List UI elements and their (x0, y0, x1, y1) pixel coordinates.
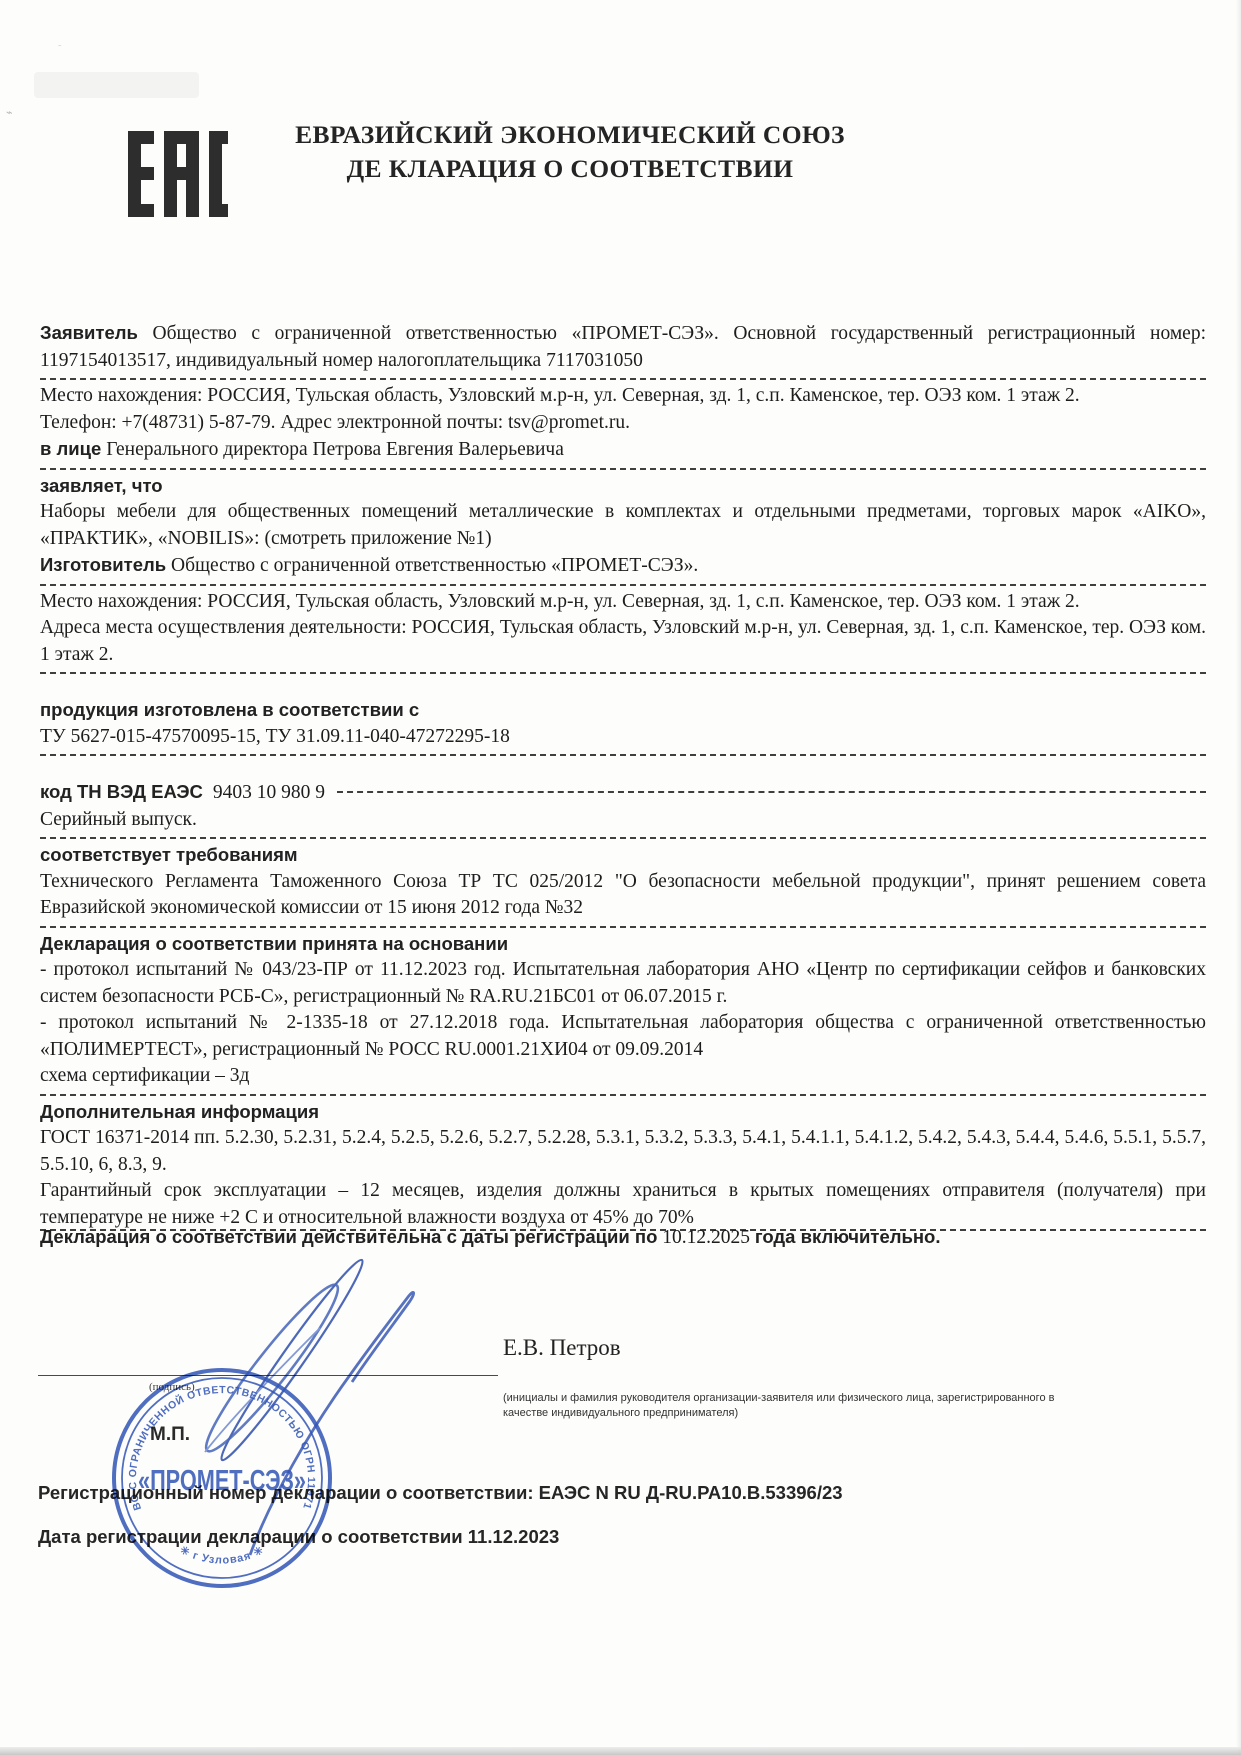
scan-edge-bottom (0, 1747, 1241, 1755)
document-title: ЕВРАЗИЙСКИЙ ЭКОНОМИЧЕСКИЙ СОЮЗ ДЕ КЛАРАЦ… (215, 118, 925, 186)
head-name: Е.В. Петров (503, 1335, 621, 1361)
eac-logo (128, 131, 228, 217)
tnved-code: 9403 10 980 9 (213, 780, 325, 807)
production-text: ТУ 5627-015-47570095-15, ТУ 31.09.11-040… (40, 724, 1206, 751)
manufacturer-paragraph: Изготовитель Общество с ограниченной отв… (40, 552, 1206, 580)
validity-line: Декларация о соответствии действительна … (40, 1226, 1206, 1249)
validity-label-after: года включительно. (755, 1226, 941, 1247)
tnved-label: код ТН ВЭД ЕАЭС (40, 779, 203, 806)
declares-label: заявляет, что (40, 473, 1206, 500)
declaration-document-page: ⌁ ˷ ЕВРАЗИЙСКИЙ ЭКОНОМИЧЕСКИЙ СОЮЗ ДЕ КЛ… (0, 0, 1241, 1755)
basis-protocol-2: - протокол испытаний № 2-1335-18 от 27.1… (40, 1010, 1206, 1063)
validity-label-before: Декларация о соответствии действительна … (40, 1226, 657, 1247)
person-label: в лице (40, 438, 101, 459)
basis-label: Декларация о соответствии принята на осн… (40, 931, 1206, 958)
document-body: Заявитель Общество с ограниченной ответс… (40, 320, 1206, 1234)
validity-date: 10.12.2025 (662, 1227, 750, 1248)
scan-smudge (34, 72, 199, 98)
manufacturer-label: Изготовитель (40, 554, 166, 575)
applicant-phone: Телефон: +7(48731) 5-87-79. Адрес электр… (40, 410, 1206, 437)
handwritten-signature (195, 1254, 414, 1555)
scan-edge-right (1236, 0, 1241, 1755)
title-line-1: ЕВРАЗИЙСКИЙ ЭКОНОМИЧЕСКИЙ СОЮЗ (215, 118, 925, 152)
certification-scheme: схема сертификации – 3д (40, 1063, 1206, 1090)
dashed-separator (40, 752, 1206, 756)
warranty-text: Гарантийный срок эксплуатации – 12 месяц… (40, 1178, 1206, 1231)
scan-speck: ˷ (58, 36, 78, 50)
dashed-separator (40, 835, 1206, 839)
dashed-separator (40, 670, 1206, 674)
dashed-separator (40, 376, 1206, 380)
production-label: продукция изготовлена в соответствии с (40, 697, 1206, 724)
registration-date-value: 11.12.2023 (468, 1526, 560, 1547)
scan-speck: ⌁ (6, 108, 20, 134)
signature-line (38, 1375, 498, 1376)
basis-protocol-1: - протокол испытаний № 043/23-ПР от 11.1… (40, 957, 1206, 1010)
registration-number-line: Регистрационный номер декларации о соотв… (38, 1482, 1198, 1504)
dashed-separator (337, 791, 1206, 793)
dashed-separator (40, 466, 1206, 470)
manufacturer-location: Место нахождения: РОССИЯ, Тульская облас… (40, 589, 1206, 616)
serial-release: Серийный выпуск. (40, 807, 1206, 834)
title-line-2: ДЕ КЛАРАЦИЯ О СООТВЕТСТВИИ (215, 152, 925, 186)
applicant-location: Место нахождения: РОССИЯ, Тульская облас… (40, 383, 1206, 410)
product-description: Наборы мебели для общественных помещений… (40, 499, 1206, 552)
compliance-label: соответствует требованиям (40, 842, 1206, 869)
gost-references: ГОСТ 16371-2014 пп. 5.2.30, 5.2.31, 5.2.… (40, 1125, 1206, 1178)
manufacturer-activity-address: Адреса места осуществления деятельности:… (40, 615, 1206, 668)
tnved-row: код ТН ВЭД ЕАЭС 9403 10 980 9 (40, 779, 1206, 807)
applicant-person: в лице Генерального директора Петрова Ев… (40, 436, 1206, 464)
applicant-paragraph: Заявитель Общество с ограниченной ответс… (40, 320, 1206, 374)
registration-date-line: Дата регистрации декларации о соответств… (38, 1526, 1198, 1548)
dashed-separator (40, 582, 1206, 586)
applicant-label: Заявитель (40, 322, 138, 343)
company-stamp: ОБЩЕСТВО С ОГРАНИЧЕННОЙ ОТВЕТСТВЕННОСТЬЮ… (114, 1370, 330, 1586)
additional-info-label: Дополнительная информация (40, 1099, 1206, 1126)
signature-fine-print: (инициалы и фамилия руководителя организ… (503, 1391, 1091, 1420)
person-name: Генерального директора Петрова Евгения В… (106, 439, 564, 460)
mp-label: М.П. (150, 1424, 190, 1446)
registration-number-value: ЕАЭС N RU Д-RU.РА10.В.53396/23 (539, 1482, 843, 1503)
dashed-separator (40, 1092, 1206, 1096)
compliance-text: Технического Регламента Таможенного Союз… (40, 869, 1206, 922)
manufacturer-text: Общество с ограниченной ответственностью… (171, 555, 698, 576)
signature-caption: (подпись) (149, 1381, 195, 1393)
applicant-text: Общество с ограниченной ответственностью… (40, 323, 1206, 371)
dashed-separator (40, 924, 1206, 928)
registration-date-label: Дата регистрации декларации о соответств… (38, 1526, 463, 1547)
registration-number-label: Регистрационный номер декларации о соотв… (38, 1482, 534, 1503)
